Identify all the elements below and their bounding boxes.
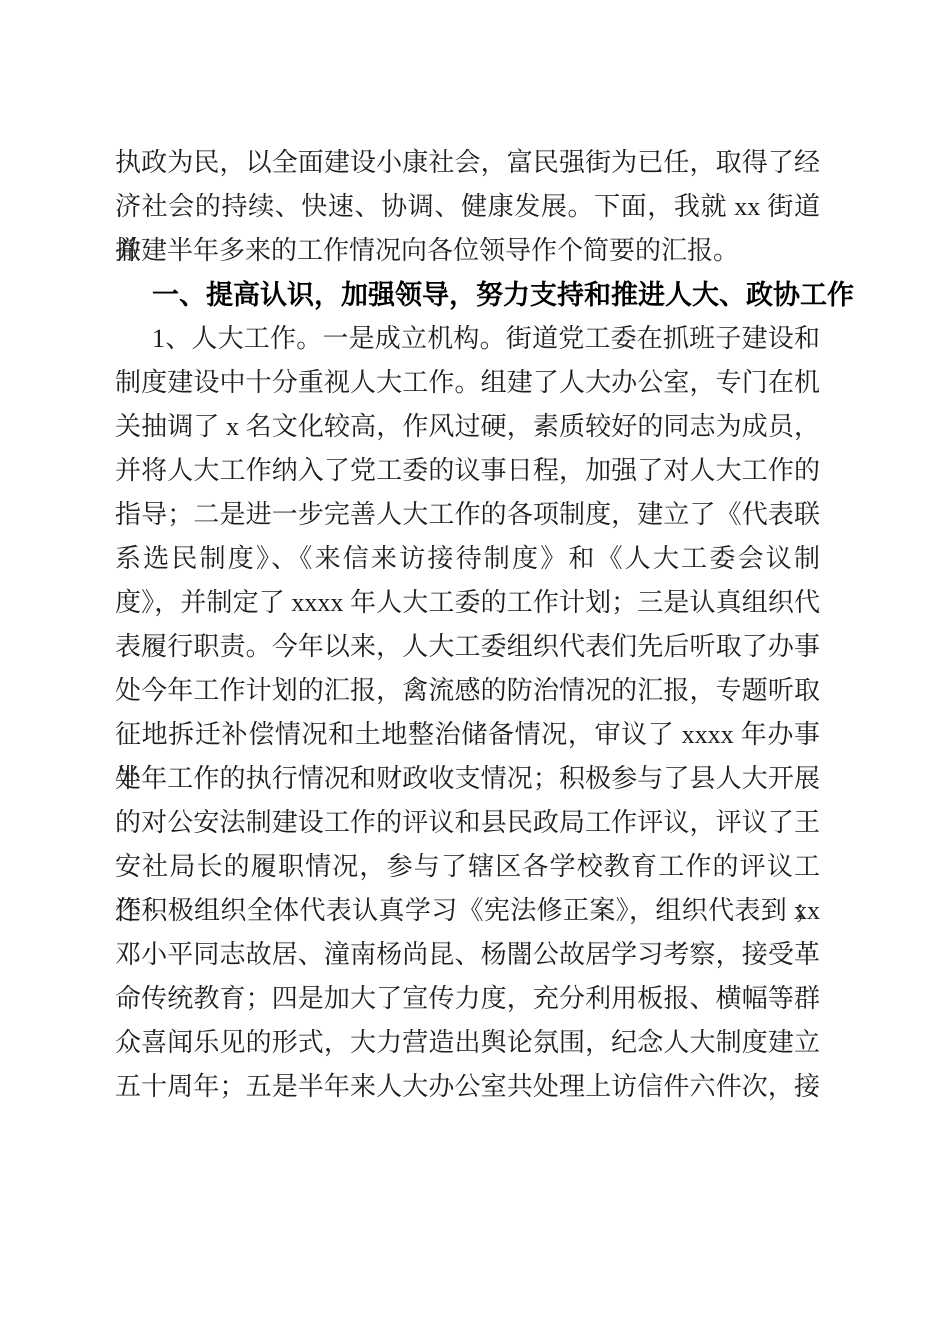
text-line: 度》，并制定了 xxxx 年人大工委的工作计划；三是认真组织代 (115, 581, 820, 625)
body-paragraph: 1、人大工作。一是成立机构。街道党工委在抓班子建设和制度建设中十分重视人大工作。… (115, 317, 820, 1109)
section-heading: 一、提高认识，加强领导，努力支持和推进人大、政协工作 (115, 273, 820, 317)
text-line: 半年工作的执行情况和财政收支情况；积极参与了县人大开展 (115, 757, 820, 801)
heading-line: 一、提高认识，加强领导，努力支持和推进人大、政协工作 (115, 273, 820, 317)
text-line: 表履行职责。今年以来，人大工委组织代表们先后听取了办事 (115, 625, 820, 669)
text-line: 还积极组织全体代表认真学习《宪法修正案》，组织代表到 xx (115, 889, 820, 933)
text-line: 系选民制度》、《来信来访接待制度》和《人大工委会议制 (115, 537, 820, 581)
text-line: 的对公安法制建设工作的评议和县民政局工作评议，评议了王 (115, 801, 820, 845)
text-line: 安社局长的履职情况，参与了辖区各学校教育工作的评议工作； (115, 845, 820, 889)
text-line: 命传统教育；四是加大了宣传力度，充分利用板报、横幅等群 (115, 977, 820, 1021)
text-line: 征地拆迁补偿情况和土地整治储备情况，审议了 xxxx 年办事处 (115, 713, 820, 757)
body-paragraph: 执政为民，以全面建设小康社会，富民强街为已任，取得了经济社会的持续、快速、协调、… (115, 141, 820, 273)
text-line: 关抽调了 x 名文化较高，作风过硬，素质较好的同志为成员， (115, 405, 820, 449)
text-line: 众喜闻乐见的形式，大力营造出舆论氛围，纪念人大制度建立 (115, 1021, 820, 1065)
text-line: 执政为民，以全面建设小康社会，富民强街为已任，取得了经 (115, 141, 820, 185)
text-line: 1、人大工作。一是成立机构。街道党工委在抓班子建设和 (115, 317, 820, 361)
text-line: 指导；二是进一步完善人大工作的各项制度，建立了《代表联 (115, 493, 820, 537)
text-line: 邓小平同志故居、潼南杨尚昆、杨闇公故居学习考察，接受革 (115, 933, 820, 977)
text-line: 并建半年多来的工作情况向各位领导作个简要的汇报。 (115, 229, 820, 273)
text-line: 处今年工作计划的汇报，禽流感的防治情况的汇报，专题听取 (115, 669, 820, 713)
text-line: 制度建设中十分重视人大工作。组建了人大办公室，专门在机 (115, 361, 820, 405)
text-line: 五十周年；五是半年来人大办公室共处理上访信件六件次，接 (115, 1065, 820, 1109)
text-line: 并将人大工作纳入了党工委的议事日程，加强了对人大工作的 (115, 449, 820, 493)
document-page: 执政为民，以全面建设小康社会，富民强街为已任，取得了经济社会的持续、快速、协调、… (0, 0, 950, 1344)
document-content: 执政为民，以全面建设小康社会，富民强街为已任，取得了经济社会的持续、快速、协调、… (115, 141, 820, 1109)
text-line: 济社会的持续、快速、协调、健康发展。下面，我就 xx 街道撤 (115, 185, 820, 229)
